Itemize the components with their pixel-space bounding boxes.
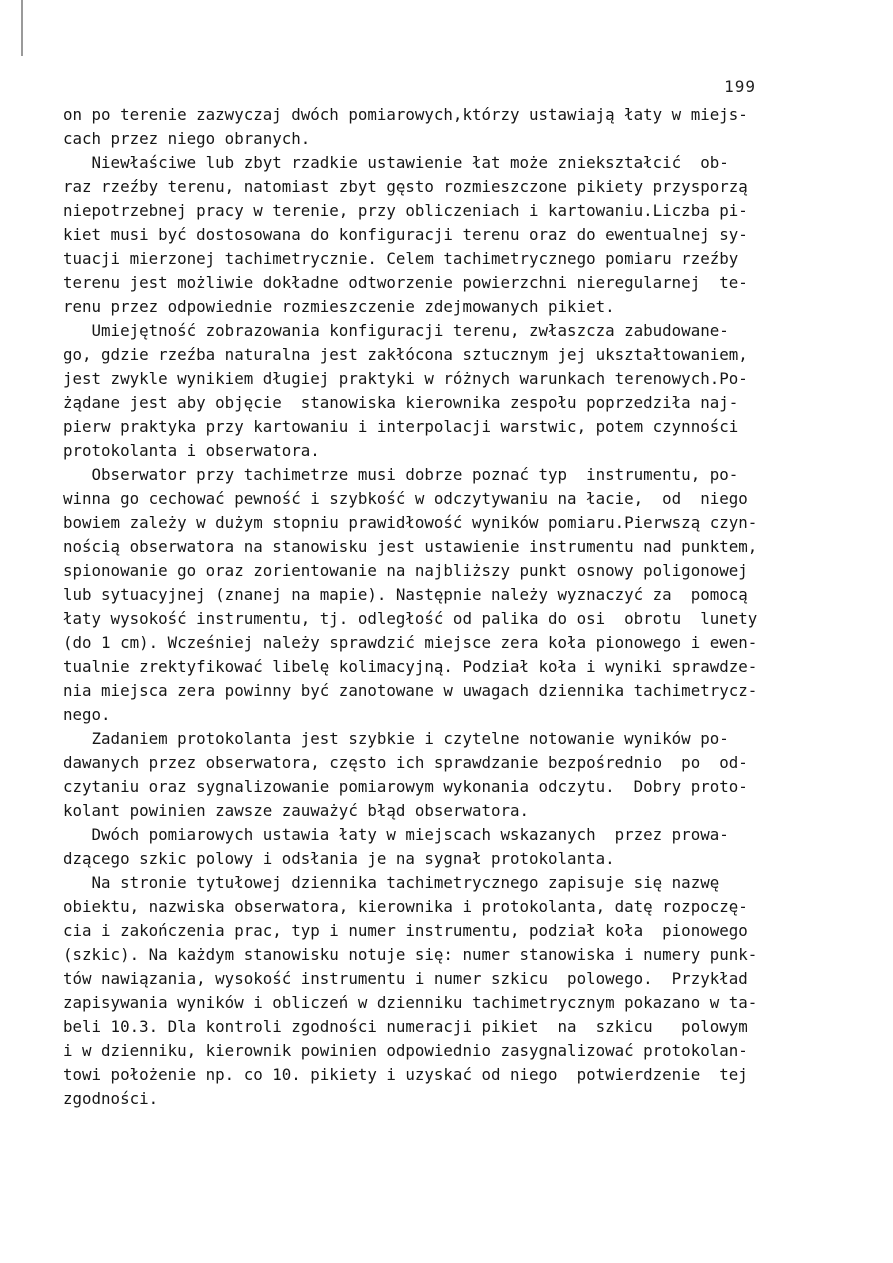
text-line: nia miejsca zera powinny być zanotowane … [63, 679, 763, 703]
text-line: kiet musi być dostosowana do konfiguracj… [63, 223, 763, 247]
text-line: (do 1 cm). Wcześniej należy sprawdzić mi… [63, 631, 763, 655]
text-line: obiektu, nazwiska obserwatora, kierownik… [63, 895, 763, 919]
text-line: bowiem zależy w dużym stopniu prawidłowo… [63, 511, 763, 535]
text-line: terenu jest możliwie dokładne odtworzeni… [63, 271, 763, 295]
text-line: go, gdzie rzeźba naturalna jest zakłócon… [63, 343, 763, 367]
text-line: Obserwator przy tachimetrze musi dobrze … [63, 463, 763, 487]
text-line: pierw praktyka przy kartowaniu i interpo… [63, 415, 763, 439]
text-line: Dwóch pomiarowych ustawia łaty w miejsca… [63, 823, 763, 847]
text-line: tuacji mierzonej tachimetrycznie. Celem … [63, 247, 763, 271]
text-line: Niewłaściwe lub zbyt rzadkie ustawienie … [63, 151, 763, 175]
text-line: cach przez niego obranych. [63, 127, 763, 151]
text-line: łaty wysokość instrumentu, tj. odległość… [63, 607, 763, 631]
text-line: tów nawiązania, wysokość instrumentu i n… [63, 967, 763, 991]
text-line: tualnie zrektyfikować libelę kolimacyjną… [63, 655, 763, 679]
text-line: cia i zakończenia prac, typ i numer inst… [63, 919, 763, 943]
text-line: raz rzeźby terenu, natomiast zbyt gęsto … [63, 175, 763, 199]
page-number: 199 [722, 77, 756, 96]
text-line: nego. [63, 703, 763, 727]
text-line: spionowanie go oraz zorientowanie na naj… [63, 559, 763, 583]
text-line: Na stronie tytułowej dziennika tachimetr… [63, 871, 763, 895]
text-line: jest zwykle wynikiem długiej praktyki w … [63, 367, 763, 391]
text-line: beli 10.3. Dla kontroli zgodności numera… [63, 1015, 763, 1039]
text-line: czytaniu oraz sygnalizowanie pomiarowym … [63, 775, 763, 799]
text-line: Umiejętność zobrazowania konfiguracji te… [63, 319, 763, 343]
text-line: dzącego szkic polowy i odsłania je na sy… [63, 847, 763, 871]
text-line: zgodności. [63, 1087, 763, 1111]
text-line: Zadaniem protokolanta jest szybkie i czy… [63, 727, 763, 751]
page-text: on po terenie zazwyczaj dwóch pomiarowyc… [63, 103, 763, 1111]
text-line: winna go cechować pewność i szybkość w o… [63, 487, 763, 511]
text-line: niepotrzebnej pracy w terenie, przy obli… [63, 199, 763, 223]
text-line: nością obserwatora na stanowisku jest us… [63, 535, 763, 559]
text-line: żądane jest aby objęcie stanowiska kiero… [63, 391, 763, 415]
text-line: lub sytuacyjnej (znanej na mapie). Nastę… [63, 583, 763, 607]
text-line: kolant powinien zawsze zauważyć błąd obs… [63, 799, 763, 823]
text-line: zapisywania wyników i obliczeń w dzienni… [63, 991, 763, 1015]
text-line: towi położenie np. co 10. pikiety i uzys… [63, 1063, 763, 1087]
text-line: i w dzienniku, kierownik powinien odpowi… [63, 1039, 763, 1063]
text-line: protokolanta i obserwatora. [63, 439, 763, 463]
text-line: on po terenie zazwyczaj dwóch pomiarowyc… [63, 103, 763, 127]
text-line: (szkic). Na każdym stanowisku notuje się… [63, 943, 763, 967]
scan-artifact-line [21, 0, 23, 56]
text-line: renu przez odpowiednie rozmieszczenie zd… [63, 295, 763, 319]
text-line: dawanych przez obserwatora, często ich s… [63, 751, 763, 775]
